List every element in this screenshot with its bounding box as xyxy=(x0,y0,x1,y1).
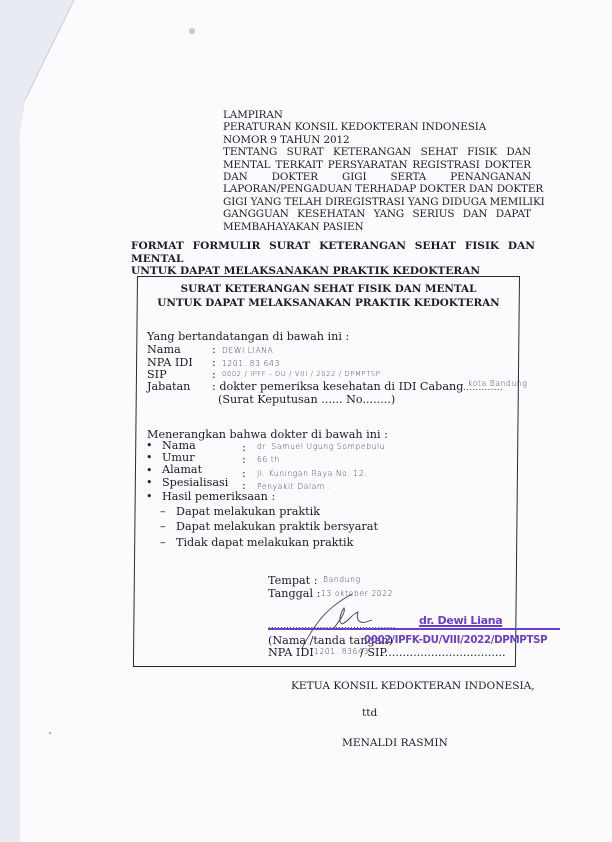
form-title-line2: UNTUK DAPAT MELAKSANAKAN PRAKTIK KEDOKTE… xyxy=(137,296,520,310)
lampiran-line: PERATURAN KONSIL KEDOKTERAN INDONESIA xyxy=(223,121,531,133)
subject-spesialisasi-label: Spesialisasi xyxy=(162,476,228,489)
subject-alamat-value: Jl. Kuningan Raya No. 12. xyxy=(257,469,367,478)
signer-jabatan-label: Jabatan xyxy=(147,380,190,393)
form-title: SURAT KETERANGAN SEHAT FISIK DAN MENTAL … xyxy=(137,282,520,310)
signer-nama-label: Nama xyxy=(147,343,181,356)
format-title: FORMAT FORMULIR SURAT KETERANGAN SEHAT F… xyxy=(131,240,535,278)
colon: : xyxy=(212,343,216,356)
signer-nama-value: DEWI LIANA xyxy=(222,346,273,355)
tentang-line: MEMBAHAYAKAN PASIEN xyxy=(223,221,531,233)
signature-dots: ........................................… xyxy=(268,619,396,632)
hasil-option-1: Dapat melakukan praktik xyxy=(176,505,320,518)
tentang-line: MENTAL TERKAIT PERSYARATAN REGISTRASI DO… xyxy=(223,159,531,171)
jabatan-text: : dokter pemeriksa kesehatan di IDI Caba… xyxy=(212,380,463,393)
dash: – xyxy=(160,536,166,549)
signer-sk-text: (Surat Keputusan ...... No........) xyxy=(218,393,395,406)
tentang-line: DAN DOKTER GIGI SERTA PENANGANAN xyxy=(223,171,531,183)
tentang-line: GANGGUAN KESEHATAN YANG SERIUS DAN DAPAT xyxy=(223,208,531,220)
tentang-line: LAPORAN/PENGADUAN TERHADAP DOKTER DAN DO… xyxy=(223,183,531,195)
signer-sip-value: 0002 / IPFF - DU / VIII / 2022 / DPMPTSP xyxy=(222,370,380,378)
sip-line: / SIP.................................. xyxy=(360,646,506,659)
lampiran-heading: LAMPIRAN xyxy=(223,109,531,121)
signer-cabang-value: kota Bandung xyxy=(468,379,527,388)
stamp-name: dr. Dewi Liana xyxy=(419,614,502,627)
signer-npa-value: 1201. 83 643 xyxy=(222,359,280,368)
bullet: • xyxy=(146,490,153,503)
ketua-title: KETUA KONSIL KEDOKTERAN INDONESIA, xyxy=(291,680,535,693)
subject-alamat-label: Alamat xyxy=(162,463,202,476)
hasil-label: Hasil pemeriksaan : xyxy=(162,490,275,503)
npa-line-label: NPA IDI xyxy=(268,646,314,659)
lampiran-header: LAMPIRAN PERATURAN KONSIL KEDOKTERAN IND… xyxy=(223,109,531,233)
stamp-underline xyxy=(268,628,560,630)
lampiran-line: NOMOR 9 TAHUN 2012 xyxy=(223,134,531,146)
signatory-name: MENALDI RASMIN xyxy=(342,737,448,750)
bullet: • xyxy=(146,476,153,489)
signer-jabatan-text: : dokter pemeriksa kesehatan di IDI Caba… xyxy=(212,380,503,394)
hasil-option-2: Dapat melakukan praktik bersyarat xyxy=(176,520,378,533)
hasil-option-3: Tidak dapat melakukan praktik xyxy=(176,536,353,549)
signer-intro: Yang bertandatangan di bawah ini : xyxy=(147,330,349,343)
form-title-line1: SURAT KETERANGAN SEHAT FISIK DAN MENTAL xyxy=(137,282,520,296)
tentang-line: TENTANG SURAT KETERANGAN SEHAT FISIK DAN xyxy=(223,146,531,158)
tempat-label: Tempat : xyxy=(268,574,317,587)
ttd-text: ttd xyxy=(362,707,377,720)
tempat-value: Bandung xyxy=(323,575,361,584)
stamp-sip: 0002/IPFK-DU/VIII/2022/DPMPTSP xyxy=(364,635,547,646)
bullet: • xyxy=(146,451,153,464)
dash: – xyxy=(160,520,166,533)
format-title-line1: FORMAT FORMULIR SURAT KETERANGAN SEHAT F… xyxy=(131,240,535,265)
dash: – xyxy=(160,505,166,518)
subject-nama-value: dr. Samuel Ugung Sompebulu xyxy=(257,442,385,451)
subject-umur-value: 66 th xyxy=(257,455,280,464)
tentang-line: GIGI YANG TELAH DIREGISTRASI YANG DIDUGA… xyxy=(223,196,531,208)
colon: : xyxy=(242,453,246,466)
